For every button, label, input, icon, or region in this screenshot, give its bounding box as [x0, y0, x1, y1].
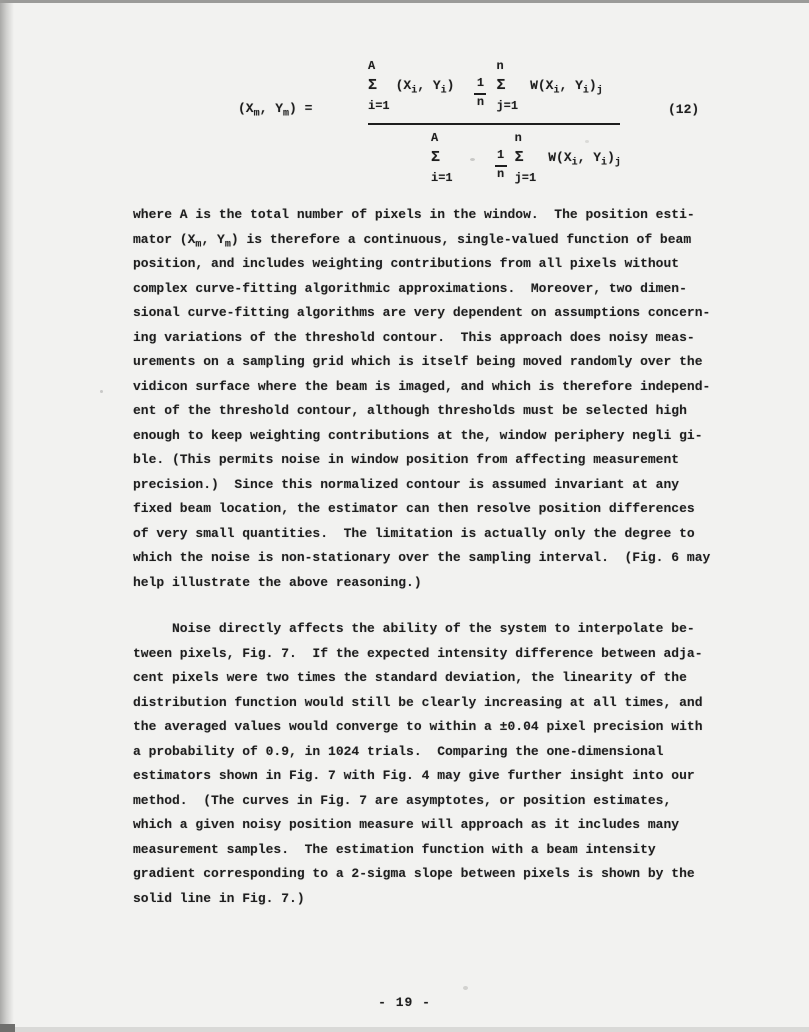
inner-sum: n Σ j=1	[515, 130, 537, 186]
text-line: ing variations of the threshold contour.…	[133, 326, 710, 351]
text-line: method. (The curves in Fig. 7 are asympt…	[133, 789, 703, 814]
sigma-symbol: Σ	[431, 146, 453, 170]
scan-speck	[463, 986, 468, 990]
page-number: - 19 -	[0, 995, 809, 1010]
scan-edge-top	[0, 0, 809, 3]
text-line: vidicon surface where the beam is imaged…	[133, 375, 710, 400]
text-line: solid line in Fig. 7.)	[133, 887, 703, 912]
sum-lower-limit: j=1	[496, 98, 518, 114]
sum-upper-limit: n	[496, 58, 518, 74]
text-line: a probability of 0.9, in 1024 trials. Co…	[133, 740, 703, 765]
text-line: sional curve-fitting algorithms are very…	[133, 301, 710, 326]
fraction-denominator: n	[495, 165, 507, 182]
text-line: fixed beam location, the estimator can t…	[133, 497, 710, 522]
equation-denominator: A Σ i=1 1 n n Σ j=1 W(Xi, Yi)j	[368, 125, 621, 186]
text-line: ble. (This permits noise in window posit…	[133, 448, 710, 473]
text-line: enough to keep weighting contributions a…	[133, 424, 710, 449]
sum-lower-limit: j=1	[515, 170, 537, 186]
text-line: which the noise is non-stationary over t…	[133, 546, 710, 571]
weight-term: W(Xi, Yi)j	[530, 74, 603, 104]
text-line: help illustrate the above reasoning.)	[133, 571, 710, 596]
equation-numerator: A Σ i=1 (Xi, Yi) 1 n n Σ j=1 W(Xi, Yi)j	[368, 58, 620, 125]
one-over-n-fraction: 1 n	[495, 146, 507, 182]
outer-sum: A Σ i=1	[368, 58, 390, 114]
outer-sum: A Σ i=1	[431, 130, 453, 186]
text-line: gradient corresponding to a 2-sigma slop…	[133, 862, 703, 887]
text-line: mator (Xm, Ym) is therefore a continuous…	[133, 228, 710, 253]
equation-fraction: A Σ i=1 (Xi, Yi) 1 n n Σ j=1 W(Xi, Yi)j …	[368, 58, 621, 186]
text-line: position, and includes weighting contrib…	[133, 252, 710, 277]
inner-sum: n Σ j=1	[496, 58, 518, 114]
scanned-paper-page: { "document": { "equation": { "lhs": "(X…	[0, 0, 809, 1032]
text-line: of very small quantities. The limitation…	[133, 522, 710, 547]
text-line: the averaged values would converge to wi…	[133, 715, 703, 740]
scan-corner-mark	[0, 1024, 15, 1032]
text-line: estimators shown in Fig. 7 with Fig. 4 m…	[133, 764, 703, 789]
sum-lower-limit: i=1	[368, 98, 390, 114]
position-term: (Xi, Yi)	[396, 74, 455, 104]
scan-edge-bottom	[0, 1027, 809, 1032]
text-line: cent pixels were two times the standard …	[133, 666, 703, 691]
paragraph-1: where A is the total number of pixels in…	[133, 203, 710, 595]
equation-number: (12)	[668, 100, 699, 120]
fraction-denominator: n	[474, 93, 486, 110]
text-line: measurement samples. The estimation func…	[133, 838, 703, 863]
scan-edge-left	[0, 0, 14, 1032]
text-line: tween pixels, Fig. 7. If the expected in…	[133, 642, 703, 667]
one-over-n-fraction: 1 n	[474, 74, 486, 110]
text-line: where A is the total number of pixels in…	[133, 203, 710, 228]
text-line: precision.) Since this normalized contou…	[133, 473, 710, 498]
fraction-numerator: 1	[495, 146, 507, 165]
sum-upper-limit: A	[431, 130, 453, 146]
text-line: complex curve-fitting algorithmic approx…	[133, 277, 710, 302]
text-line: urements on a sampling grid which is its…	[133, 350, 710, 375]
equation-lhs: (Xm, Ym) =	[238, 97, 312, 127]
sum-upper-limit: A	[368, 58, 390, 74]
sigma-symbol: Σ	[496, 74, 518, 98]
sigma-symbol: Σ	[515, 146, 537, 170]
sum-upper-limit: n	[515, 130, 537, 146]
scan-speck	[100, 390, 103, 393]
text-line: Noise directly affects the ability of th…	[133, 617, 703, 642]
text-line: which a given noisy position measure wil…	[133, 813, 703, 838]
sigma-symbol: Σ	[368, 74, 390, 98]
text-line: ent of the threshold contour, although t…	[133, 399, 710, 424]
weight-term: W(Xi, Yi)j	[548, 146, 621, 176]
fraction-numerator: 1	[474, 74, 486, 93]
text-line: distribution function would still be cle…	[133, 691, 703, 716]
paragraph-2: Noise directly affects the ability of th…	[133, 617, 703, 911]
sum-lower-limit: i=1	[431, 170, 453, 186]
